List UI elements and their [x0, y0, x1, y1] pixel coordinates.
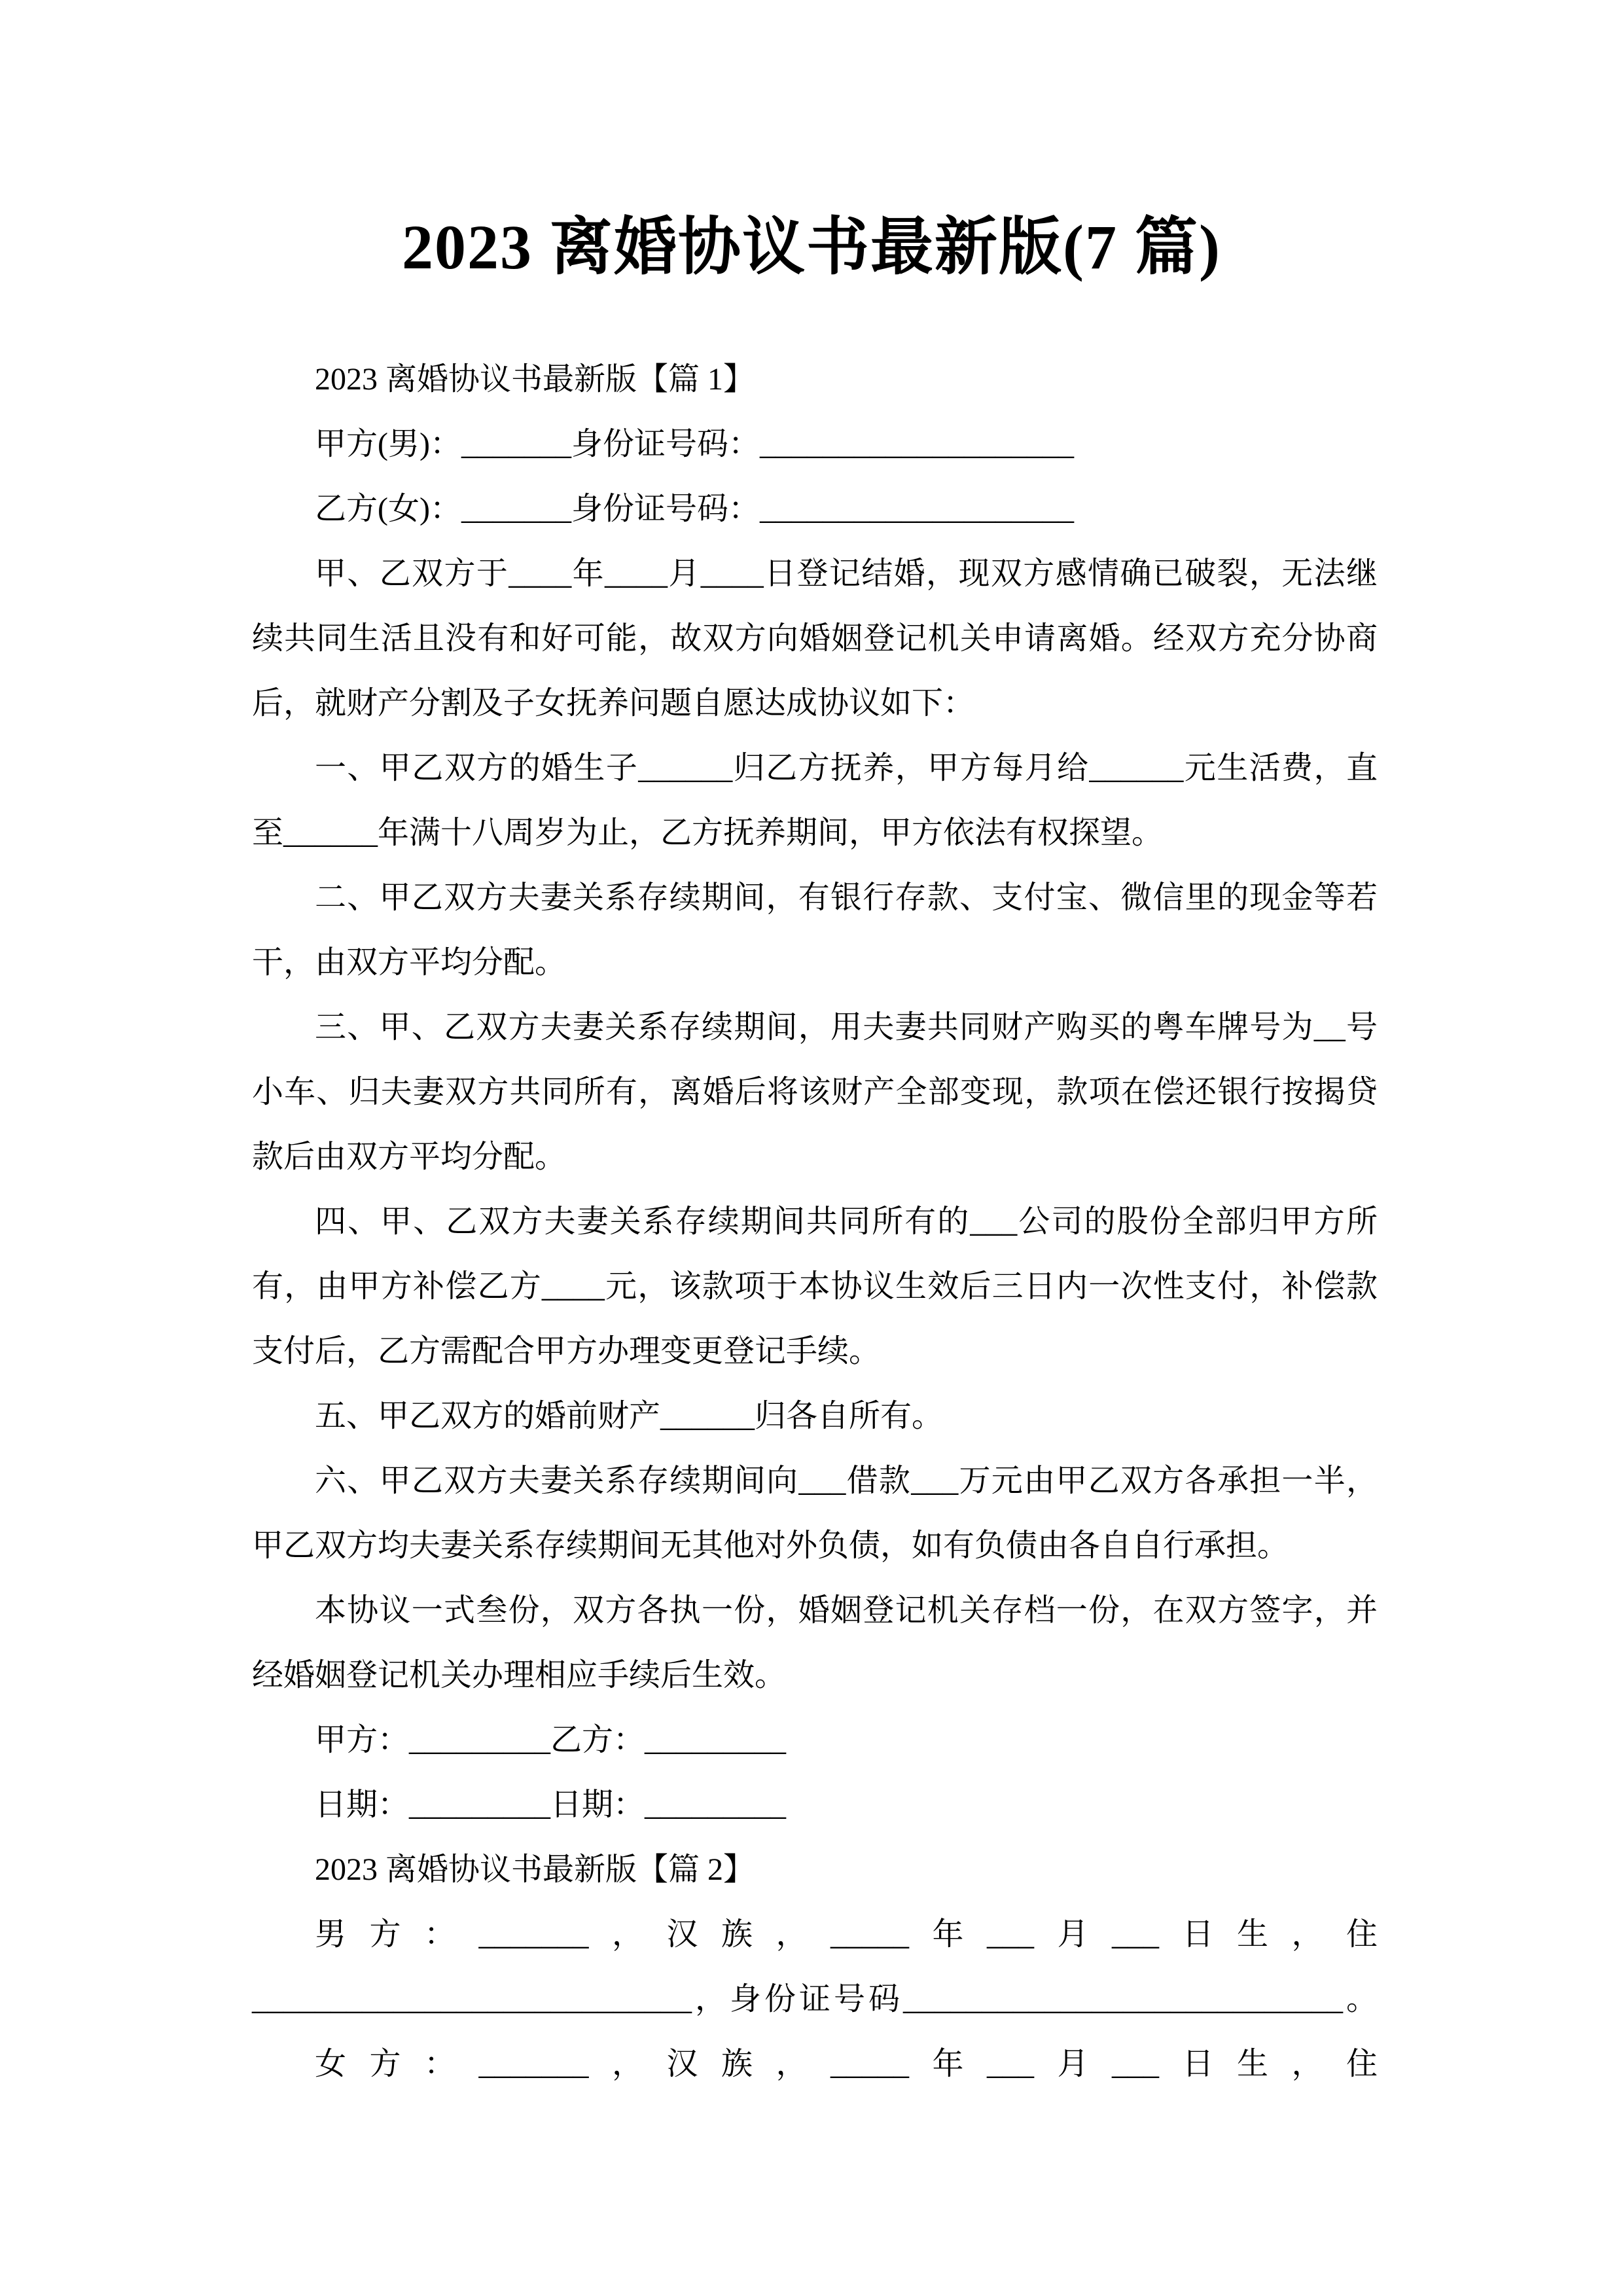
document-line: 甲、乙双方于____年____月____日登记结婚，现双方感情确已破裂，无法继: [252, 541, 1378, 606]
document-line: 至______年满十八周岁为止，乙方抚养期间，甲方依法有权探望。: [252, 800, 1378, 865]
document-line: 六、甲乙双方夫妻关系存续期间向___借款___万元由甲乙双方各承担一半，: [252, 1448, 1378, 1513]
document-line: 小车、归夫妻双方共同所有，离婚后将该财产全部变现，款项在偿还银行按揭贷: [252, 1060, 1378, 1124]
page: 2023 离婚协议书最新版(7 篇) 2023 离婚协议书最新版【篇 1】甲方(…: [0, 0, 1623, 2296]
document-line: 2023 离婚协议书最新版【篇 1】: [252, 347, 1378, 412]
document-line: 一、甲乙双方的婚生子______归乙方抚养，甲方每月给______元生活费，直: [252, 736, 1378, 800]
document-line: 干，由双方平均分配。: [252, 930, 1378, 995]
document-line: 后，就财产分割及子女抚养问题自愿达成协议如下：: [252, 671, 1378, 736]
document-line: 四、甲、乙双方夫妻关系存续期间共同所有的___公司的股份全部归甲方所: [252, 1189, 1378, 1254]
document-line: 款后由双方平均分配。: [252, 1124, 1378, 1189]
document-line: 支付后，乙方需配合甲方办理变更登记手续。: [252, 1319, 1378, 1384]
document-line: ____________________________，身份证号码______…: [252, 1967, 1378, 2032]
document-body: 2023 离婚协议书最新版【篇 1】甲方(男)：_______身份证号码：___…: [252, 347, 1378, 2096]
document-line: 甲乙双方均夫妻关系存续期间无其他对外负债，如有负债由各自自行承担。: [252, 1513, 1378, 1578]
document-line: 女方：_______，汉族，_____年___月___日生，住: [252, 2032, 1378, 2096]
document-line: 本协议一式叁份，双方各执一份，婚姻登记机关存档一份，在双方签字，并: [252, 1578, 1378, 1643]
document-line: 有，由甲方补偿乙方____元，该款项于本协议生效后三日内一次性支付，补偿款: [252, 1254, 1378, 1319]
document-line: 二、甲乙双方夫妻关系存续期间，有银行存款、支付宝、微信里的现金等若: [252, 865, 1378, 930]
document-line: 三、甲、乙双方夫妻关系存续期间，用夫妻共同财产购买的粤车牌号为__号: [252, 995, 1378, 1060]
document-line: 经婚姻登记机关办理相应手续后生效。: [252, 1643, 1378, 1708]
document-title: 2023 离婚协议书最新版(7 篇): [0, 211, 1623, 284]
document-line: 2023 离婚协议书最新版【篇 2】: [252, 1837, 1378, 1902]
document-line: 乙方(女)：_______身份证号码：____________________: [252, 476, 1378, 541]
document-line: 五、甲乙双方的婚前财产______归各自所有。: [252, 1384, 1378, 1448]
document-line: 男方：_______，汉族，_____年___月___日生，住: [252, 1902, 1378, 1967]
document-line: 日期：_________日期：_________: [252, 1772, 1378, 1837]
document-line: 甲方(男)：_______身份证号码：____________________: [252, 412, 1378, 476]
document-line: 甲方：_________乙方：_________: [252, 1708, 1378, 1772]
document-line: 续共同生活且没有和好可能，故双方向婚姻登记机关申请离婚。经双方充分协商: [252, 606, 1378, 671]
